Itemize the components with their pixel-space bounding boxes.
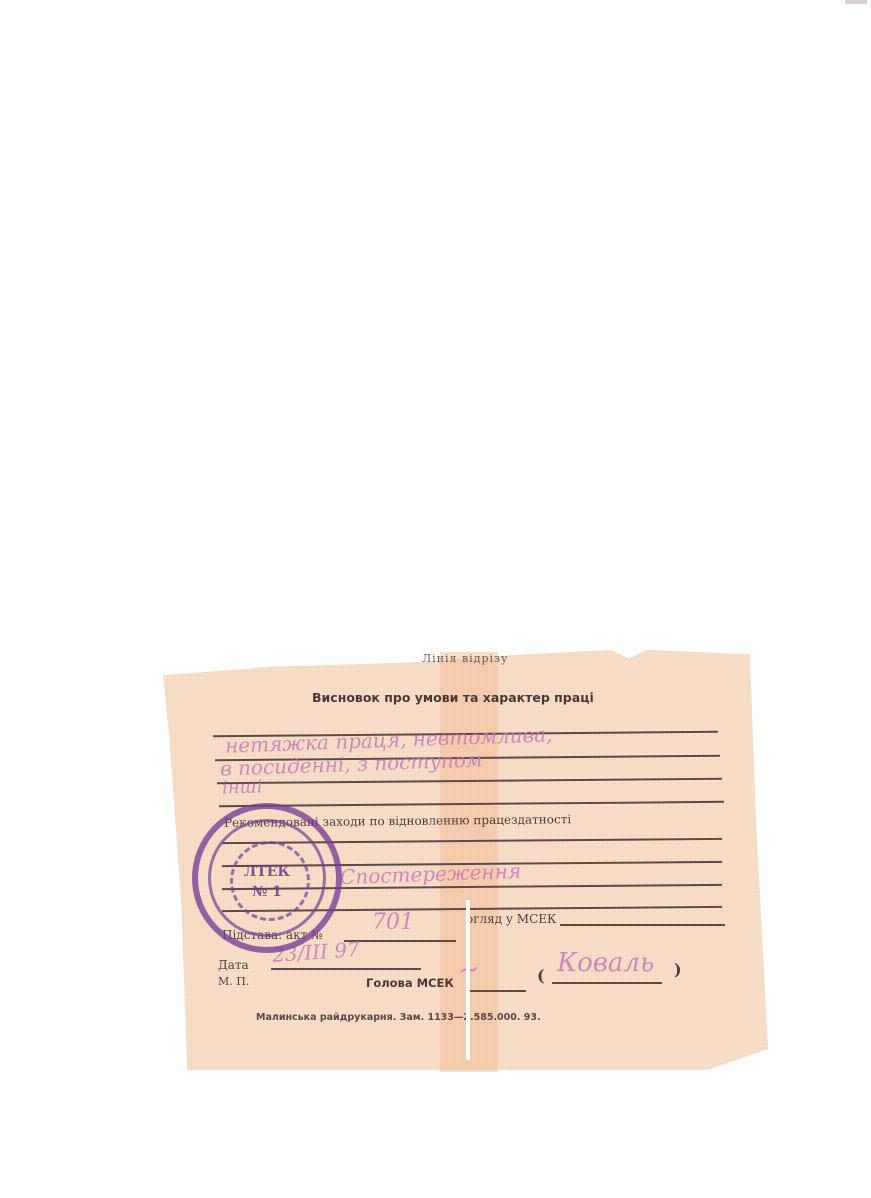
exam-line (560, 924, 725, 926)
paren-open: ( (537, 966, 545, 985)
document-title: Висновок про умови та характер праці (312, 690, 594, 705)
scan-edge-mark (845, 0, 867, 4)
signature-line (466, 990, 526, 992)
paren-close: ) (674, 960, 682, 979)
stamp-center-line-2: № 1 (198, 884, 336, 900)
date-line (271, 968, 421, 970)
name-line (552, 982, 662, 984)
seal-label: М. П. (218, 975, 249, 988)
stamp-wavy-ring (230, 841, 310, 921)
handwritten-act-number: 701 (372, 910, 414, 935)
act-number-line (344, 940, 456, 942)
date-label: Дата (218, 958, 249, 972)
official-stamp: ЛТЕК № 1 (192, 803, 342, 953)
stamp-center-line-1: ЛТЕК (198, 864, 336, 880)
printer-line: Малинська райдрукарня. Зам. 1133—2.585.0… (256, 1012, 541, 1023)
tear-mark (466, 900, 470, 1060)
handwritten-conditions-line-3: інші (222, 776, 263, 798)
cut-line-label: Лінія відрізу (422, 652, 509, 665)
chair-label: Голова МСЕК (366, 976, 454, 990)
exam-label: огляд у МСЕК (466, 912, 556, 926)
handwritten-signature-name: Коваль (557, 948, 654, 978)
